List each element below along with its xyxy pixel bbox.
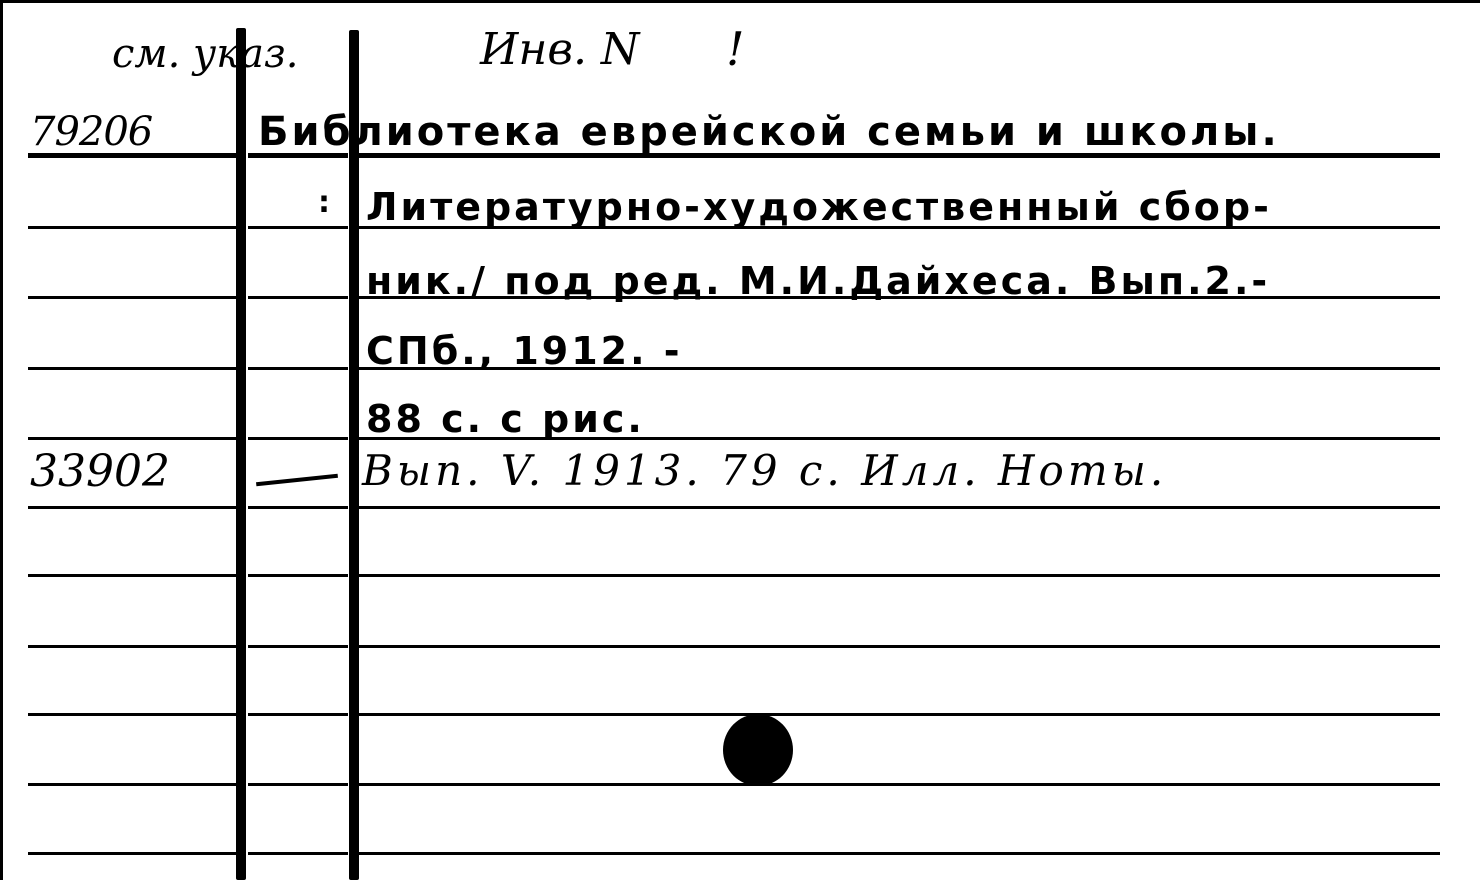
ruled-line — [248, 506, 348, 509]
ruled-line — [28, 296, 236, 299]
ruled-line — [358, 713, 1440, 716]
ruled-line — [248, 645, 348, 648]
inventory-mark: ! — [726, 26, 745, 72]
ruled-line — [248, 783, 348, 786]
ruled-line — [248, 296, 348, 299]
ruled-line — [28, 645, 236, 648]
title-line-3: ник./ под ред. М.И.Дайхеса. Вып.2.- — [366, 262, 1270, 300]
header-note: см. указ. — [112, 34, 298, 74]
ruled-line — [248, 437, 348, 440]
colon-mark: : — [318, 188, 330, 218]
ruled-line — [358, 574, 1440, 577]
card-top-border — [0, 0, 1480, 3]
ruled-line — [248, 226, 348, 229]
column-divider-left — [236, 28, 246, 880]
ruled-line — [358, 852, 1440, 855]
call-number-2: 33902 — [30, 450, 170, 494]
title-line-2: Литературно-художественный сбор- — [366, 188, 1272, 226]
card-left-border — [0, 0, 3, 880]
ruled-line — [28, 506, 236, 509]
ruled-line — [28, 367, 236, 370]
ruled-line — [28, 574, 236, 577]
ruled-line — [248, 713, 348, 716]
catalog-card: см. указ. Инв. N ! 79206 Библиотека евре… — [0, 0, 1480, 880]
call-number: 79206 — [30, 112, 152, 152]
volume-line: Вып. V. 1913. 79 с. Илл. Ноты. — [362, 450, 1167, 492]
ruled-line — [28, 437, 236, 440]
ruled-line — [358, 645, 1440, 648]
ruled-line — [28, 226, 236, 229]
imprint-line: СПб., 1912. - — [366, 332, 683, 370]
ruled-line — [28, 713, 236, 716]
title-line-1: Библиотека еврейской семьи и школы. — [258, 112, 1280, 152]
ruled-line — [248, 852, 348, 855]
column-divider-right — [349, 30, 359, 880]
ruled-line — [248, 574, 348, 577]
ruled-line — [248, 367, 348, 370]
collation-line: 88 с. с рис. — [366, 400, 645, 438]
ruled-line — [358, 506, 1440, 509]
punch-hole — [723, 714, 793, 786]
repeat-dash — [256, 474, 338, 487]
inventory-label: Инв. N — [480, 28, 639, 72]
ruled-line — [358, 783, 1440, 786]
ruled-line — [28, 783, 236, 786]
ruled-line — [28, 852, 236, 855]
